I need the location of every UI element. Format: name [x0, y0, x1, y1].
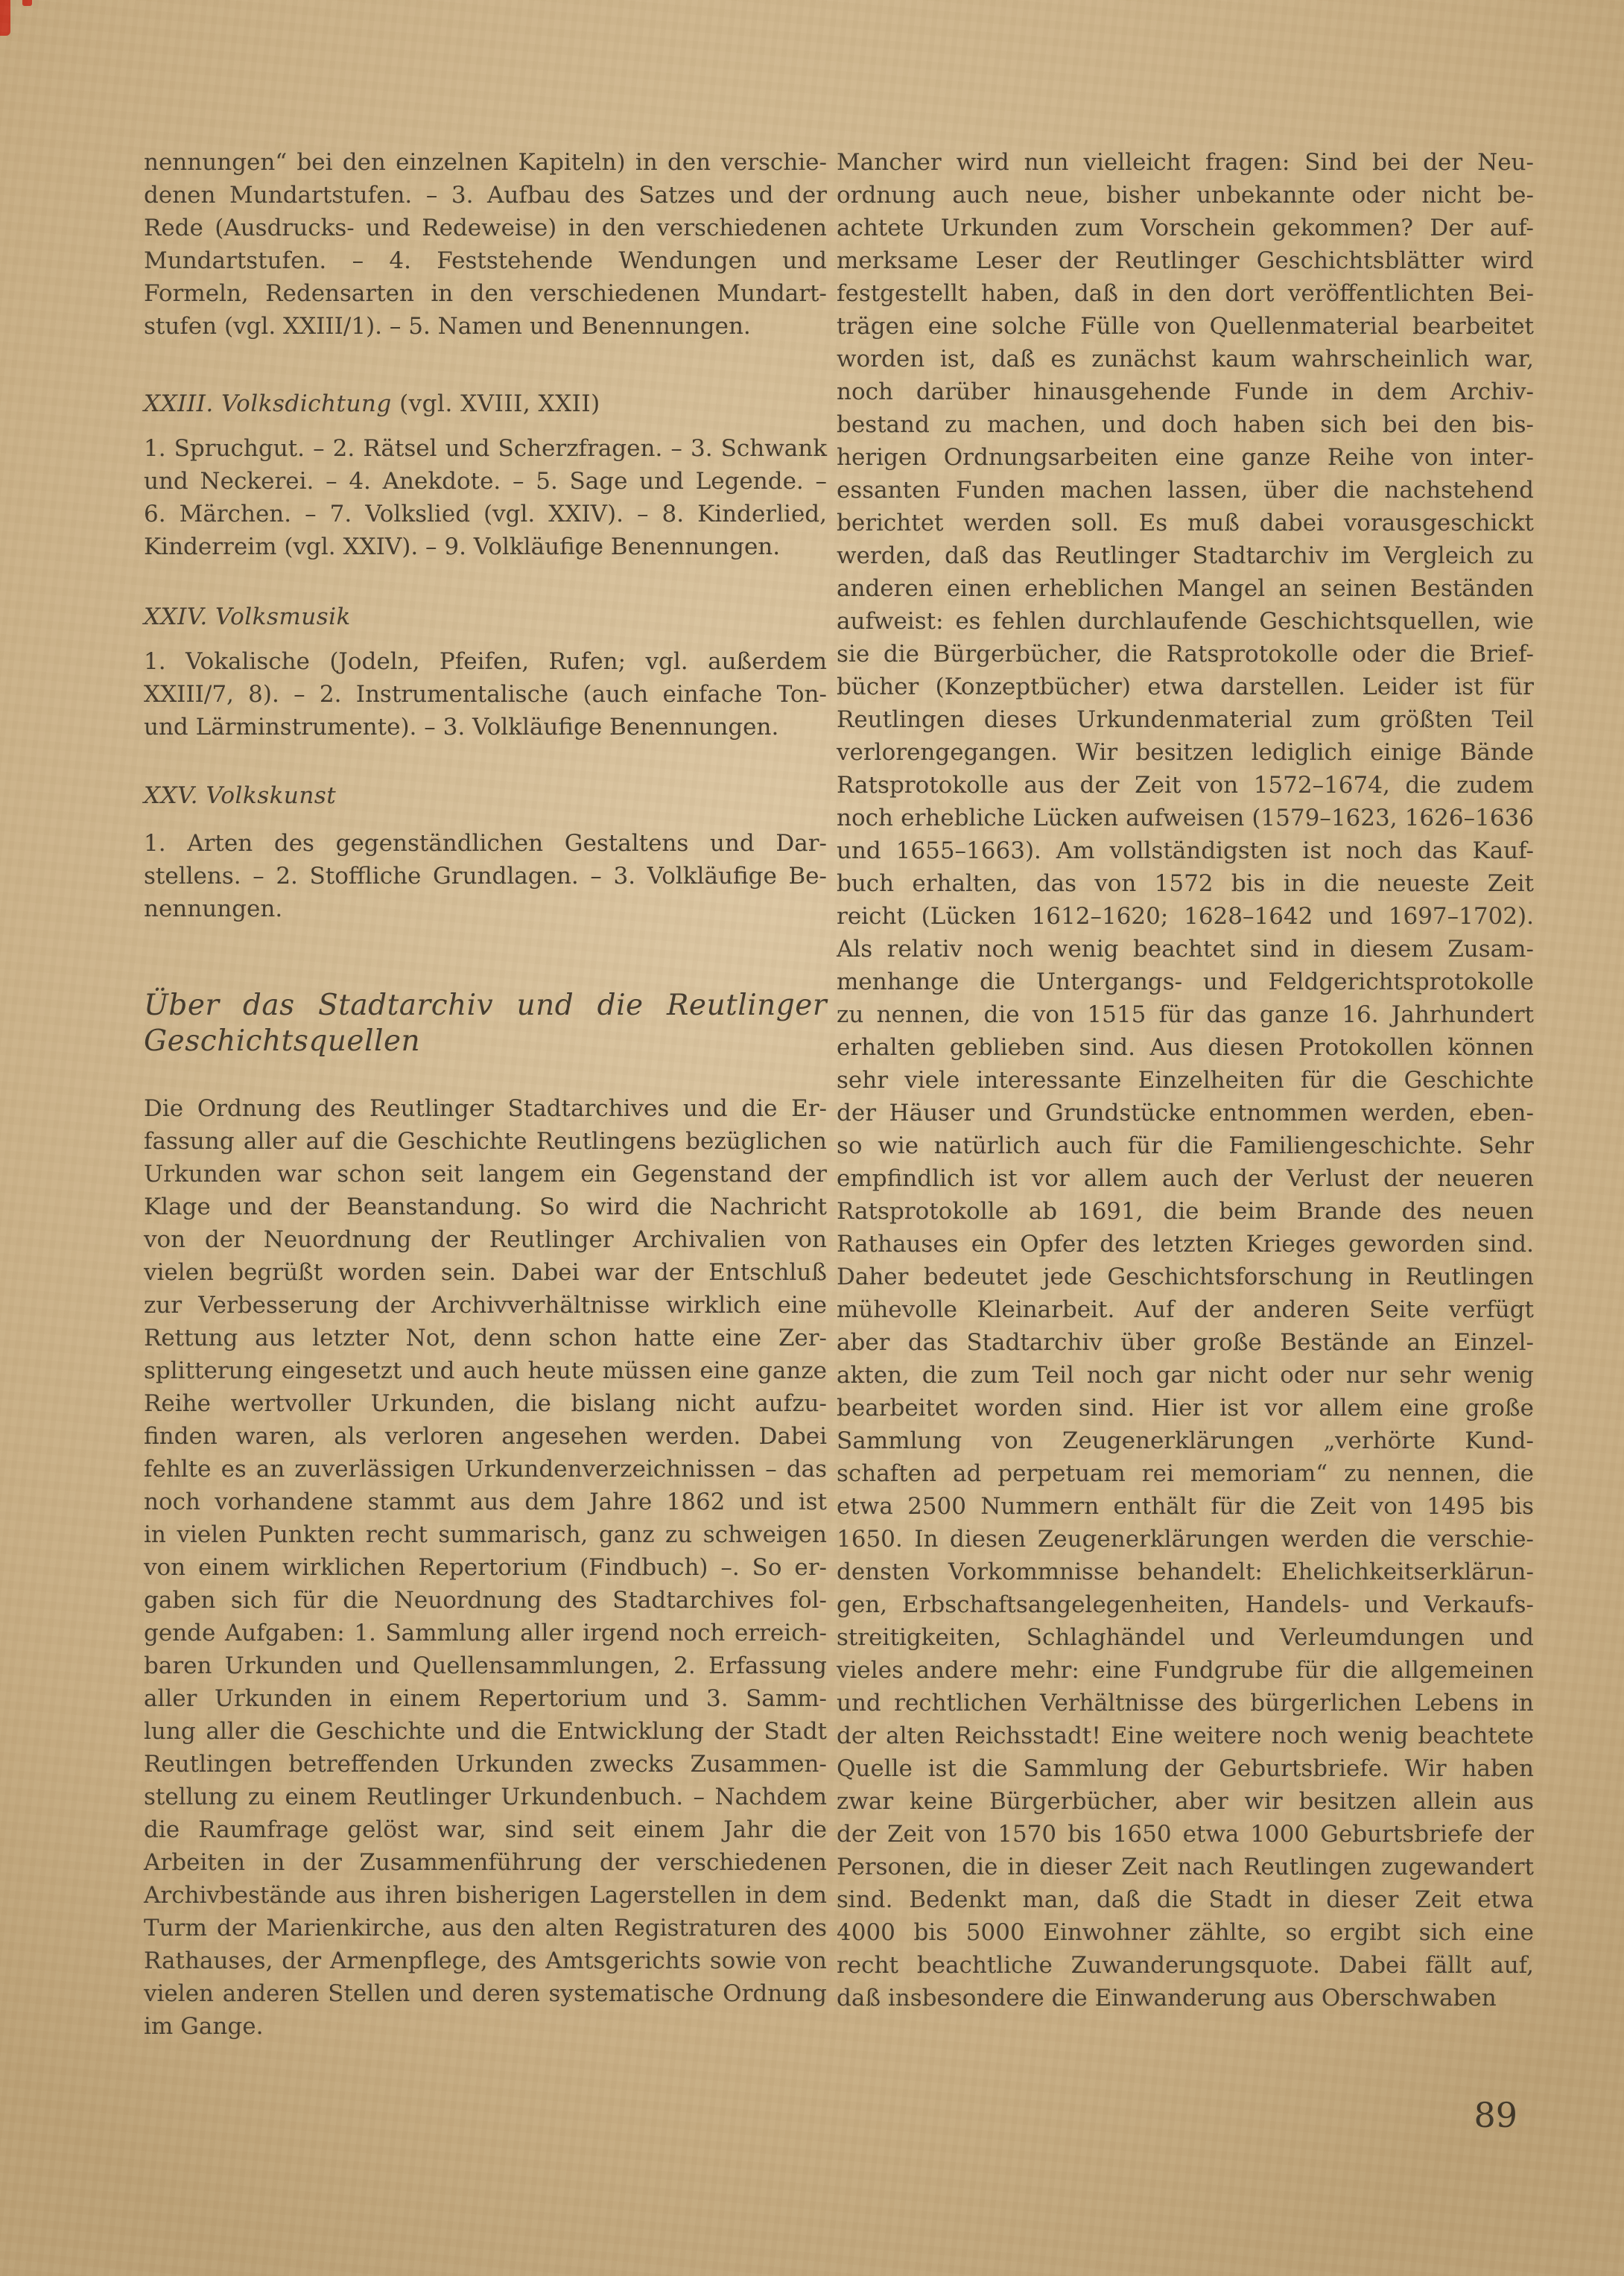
text-line: XXIII/7, 8). – 2. Instrumentalische (auc… [144, 678, 827, 711]
text-line: und 1655–1663). Am vollständigsten ist n… [837, 834, 1534, 867]
text-line: sie die Bürgerbücher, die Ratsprotokolle… [837, 638, 1534, 671]
text-line: fehlte es an zuverlässigen Urkundenverze… [144, 1453, 827, 1486]
text-line: und rechtlichen Verhältnisse des bürgerl… [837, 1687, 1534, 1719]
section-xxiii-paragraph: 1. Spruchgut. – 2. Rätsel und Scherzfrag… [144, 432, 827, 563]
left-column: nennungen“ bei den einzelnen Kapiteln) i… [144, 146, 827, 2043]
text-line: empfindlich ist vor allem auch der Verlu… [837, 1162, 1534, 1195]
section-heading-xxv-italic: XXV. Volkskunst [144, 782, 336, 809]
text-line: zur Verbesserung der Archivverhältnisse … [144, 1289, 827, 1322]
text-line: im Gange. [144, 2010, 827, 2043]
text-line: in vielen Punkten recht summarisch, ganz… [144, 1518, 827, 1551]
text-line: der Häuser und Grundstücke entnommen wer… [837, 1097, 1534, 1129]
text-line: Über das Stadtarchiv und die Reutlinger [144, 988, 827, 1024]
text-line: buch erhalten, das von 1572 bis in die n… [837, 867, 1534, 900]
text-line: Reihe wertvoller Urkunden, die bislang n… [144, 1387, 827, 1420]
text-line: die Raumfrage gelöst war, sind seit eine… [144, 1813, 827, 1846]
book-page: nennungen“ bei den einzelnen Kapiteln) i… [0, 0, 1624, 2276]
text-line: achtete Urkunden zum Vorschein gekommen?… [837, 212, 1534, 244]
section-heading-xxiv-italic: XXIV. Volksmusik [144, 603, 351, 630]
text-line: Die Ordnung des Reutlinger Stadtarchives… [144, 1092, 827, 1125]
text-line: aufweist: es fehlen durchlaufende Geschi… [837, 605, 1534, 638]
text-line: festgestellt haben, daß in den dort verö… [837, 277, 1534, 310]
text-line: 4000 bis 5000 Einwohner zählte, so ergib… [837, 1916, 1534, 1949]
text-line: stufen (vgl. XXIII/1). – 5. Namen und Be… [144, 310, 827, 343]
text-line: Urkunden war schon seit langem ein Gegen… [144, 1158, 827, 1191]
text-line: Turm der Marienkirche, aus den alten Reg… [144, 1912, 827, 1944]
text-line: Ratsprotokolle ab 1691, die beim Brande … [837, 1195, 1534, 1228]
text-line: Klage und der Beanstandung. So wird die … [144, 1191, 827, 1223]
text-line: menhange die Untergangs- und Feldgericht… [837, 966, 1534, 998]
text-line: denen Mundartstufen. – 3. Aufbau des Sat… [144, 179, 827, 212]
text-line: aller Urkunden in einem Repertorium und … [144, 1682, 827, 1715]
text-line: worden ist, daß es zunächst kaum wahrsch… [837, 343, 1534, 375]
text-line: gaben sich für die Neuordnung des Stadta… [144, 1584, 827, 1617]
text-line: reicht (Lücken 1612–1620; 1628–1642 und … [837, 900, 1534, 933]
text-line: finden waren, als verloren angesehen wer… [144, 1420, 827, 1453]
red-edge-dash [22, 0, 32, 6]
text-line: stellung zu einem Reutlinger Urkundenbuc… [144, 1781, 827, 1813]
text-line: sehr viele interessante Einzelheiten für… [837, 1064, 1534, 1097]
text-line: etwa 2500 Nummern enthält für die Zeit v… [837, 1490, 1534, 1523]
text-line: zwar keine Bürgerbücher, aber wir besitz… [837, 1785, 1534, 1818]
section-xxiv-paragraph: 1. Vokalische (Jodeln, Pfeifen, Rufen; v… [144, 645, 827, 744]
text-line: nennungen. [144, 893, 827, 925]
text-line: Als relativ noch wenig beachtet sind in … [837, 933, 1534, 966]
text-line: Personen, die in dieser Zeit nach Reutli… [837, 1851, 1534, 1883]
text-line: von der Neuordnung der Reutlinger Archiv… [144, 1223, 827, 1256]
article-first-paragraph: Die Ordnung des Reutlinger Stadtarchives… [144, 1092, 827, 2043]
intro-paragraph: nennungen“ bei den einzelnen Kapiteln) i… [144, 146, 827, 343]
text-line: 1650. In diesen Zeugenerklärungen werden… [837, 1523, 1534, 1556]
text-line: 1. Vokalische (Jodeln, Pfeifen, Rufen; v… [144, 645, 827, 678]
text-line: baren Urkunden und Quellensammlungen, 2.… [144, 1649, 827, 1682]
text-line: Archivbestände aus ihren bisherigen Lage… [144, 1879, 827, 1912]
text-line: fassung aller auf die Geschichte Reutlin… [144, 1125, 827, 1158]
text-line: der alten Reichsstadt! Eine weitere noch… [837, 1719, 1534, 1752]
text-line: recht beachtliche Zuwanderungsquote. Dab… [837, 1949, 1534, 1982]
text-line: splitterung eingesetzt und auch heute mü… [144, 1354, 827, 1387]
text-line: bücher (Konzeptbücher) etwa darstellen. … [837, 671, 1534, 703]
text-line: bearbeitet worden sind. Hier ist vor all… [837, 1392, 1534, 1424]
text-line: mühevolle Kleinarbeit. Auf der anderen S… [837, 1293, 1534, 1326]
section-heading-xxiii-italic: XXIII. Volksdichtung [144, 390, 392, 417]
section-xxv-paragraph: 1. Arten des gegenständlichen Gestaltens… [144, 827, 827, 925]
text-line: nennungen“ bei den einzelnen Kapiteln) i… [144, 146, 827, 179]
text-line: Quelle ist die Sammlung der Geburtsbrief… [837, 1752, 1534, 1785]
text-line: 6. Märchen. – 7. Volkslied (vgl. XXIV). … [144, 498, 827, 530]
text-line: Ratsprotokolle aus der Zeit von 1572–167… [837, 769, 1534, 802]
text-line: trägen eine solche Fülle von Quellenmate… [837, 310, 1534, 343]
text-line: Rathauses, der Armenpflege, des Amtsgeri… [144, 1944, 827, 1977]
text-line: sind. Bedenkt man, daß die Stadt in dies… [837, 1883, 1534, 1916]
text-line: vielen begrüßt worden sein. Dabei war de… [144, 1256, 827, 1289]
text-line: werden, daß das Reutlinger Stadtarchiv i… [837, 539, 1534, 572]
text-line: Reutlingen betreffenden Urkunden zwecks … [144, 1748, 827, 1781]
text-line: lung aller die Geschichte und die Entwic… [144, 1715, 827, 1748]
section-heading-xxv: XXV. Volkskunst [144, 779, 827, 812]
text-line: berichtet werden soll. Es muß dabei vora… [837, 507, 1534, 539]
text-line: streitigkeiten, Schlaghändel und Verleum… [837, 1621, 1534, 1654]
text-line: bestand zu machen, und doch haben sich b… [837, 408, 1534, 441]
text-line: Rettung aus letzter Not, denn schon hatt… [144, 1322, 827, 1354]
text-line: essanten Funden machen lassen, über die … [837, 474, 1534, 507]
text-line: Daher bedeutet jede Geschichtsforschung … [837, 1261, 1534, 1293]
text-line: so wie natürlich auch für die Familienge… [837, 1129, 1534, 1162]
text-line: verlorengegangen. Wir besitzen lediglich… [837, 736, 1534, 769]
text-line: Reutlingen dieses Urkundenmaterial zum g… [837, 703, 1534, 736]
text-line: herigen Ordnungsarbeiten eine ganze Reih… [837, 441, 1534, 474]
text-line: Kinderreim (vgl. XXIV). – 9. Volkläufige… [144, 530, 827, 563]
text-line: Mancher wird nun vielleicht fragen: Sind… [837, 146, 1534, 179]
text-line: der Zeit von 1570 bis 1650 etwa 1000 Geb… [837, 1818, 1534, 1851]
text-line: zu nennen, die von 1515 für das ganze 16… [837, 998, 1534, 1031]
text-line: von einem wirklichen Repertorium (Findbu… [144, 1551, 827, 1584]
section-heading-xxiv: XXIV. Volksmusik [144, 600, 827, 633]
text-line: Mundartstufen. – 4. Feststehende Wendung… [144, 244, 827, 277]
text-line: Rathauses ein Opfer des letzten Krieges … [837, 1228, 1534, 1261]
section-heading-xxiii-roman: (vgl. XVIII, XXII) [392, 390, 600, 417]
article-title: Über das Stadtarchiv und die ReutlingerG… [144, 988, 827, 1059]
text-line: noch darüber hinausgehende Funde in dem … [837, 375, 1534, 408]
text-line: noch vorhandene stammt aus dem Jahre 186… [144, 1486, 827, 1518]
text-line: schaften ad perpetuam rei memoriam“ zu n… [837, 1457, 1534, 1490]
red-edge-mark [0, 0, 10, 36]
text-line: Sammlung von Zeugenerklärungen „verhörte… [837, 1424, 1534, 1457]
text-line: 1. Arten des gegenständlichen Gestaltens… [144, 827, 827, 860]
text-line: und Neckerei. – 4. Anekdote. – 5. Sage u… [144, 465, 827, 498]
text-line: vielen anderen Stellen und deren systema… [144, 1977, 827, 2010]
section-heading-xxiii: XXIII. Volksdichtung (vgl. XVIII, XXII) [144, 387, 827, 420]
text-line: Rede (Ausdrucks- und Redeweise) in den v… [144, 212, 827, 244]
text-line: Arbeiten in der Zusammenführung der vers… [144, 1846, 827, 1879]
text-line: und Lärminstrumente). – 3. Volkläufige B… [144, 711, 827, 744]
text-line: noch erhebliche Lücken aufweisen (1579–1… [837, 802, 1534, 834]
text-line: gen, Erbschaftsangelegenheiten, Handels-… [837, 1588, 1534, 1621]
text-line: akten, die zum Teil noch gar nicht oder … [837, 1359, 1534, 1392]
text-line: vieles andere mehr: eine Fundgrube für d… [837, 1654, 1534, 1687]
text-line: anderen einen erheblichen Mangel an sein… [837, 572, 1534, 605]
text-line: erhalten geblieben sind. Aus diesen Prot… [837, 1031, 1534, 1064]
article-continued-paragraph: Mancher wird nun vielleicht fragen: Sind… [837, 146, 1534, 2015]
text-line: Geschichtsquellen [144, 1024, 827, 1059]
text-line: gende Aufgaben: 1. Sammlung aller irgend… [144, 1617, 827, 1649]
page-number: 89 [837, 2095, 1534, 2135]
text-line: Formeln, Redensarten in den verschiedene… [144, 277, 827, 310]
text-line: daß insbesondere die Einwanderung aus Ob… [837, 1982, 1534, 2015]
text-line: densten Vorkommnisse behandelt: Ehelichk… [837, 1556, 1534, 1588]
text-line: stellens. – 2. Stoffliche Grundlagen. – … [144, 860, 827, 893]
right-column: Mancher wird nun vielleicht fragen: Sind… [837, 146, 1534, 2015]
text-line: aber das Stadtarchiv über große Bestände… [837, 1326, 1534, 1359]
text-line: 1. Spruchgut. – 2. Rätsel und Scherzfrag… [144, 432, 827, 465]
text-line: merksame Leser der Reutlinger Geschichts… [837, 244, 1534, 277]
text-line: ordnung auch neue, bisher unbekannte ode… [837, 179, 1534, 212]
